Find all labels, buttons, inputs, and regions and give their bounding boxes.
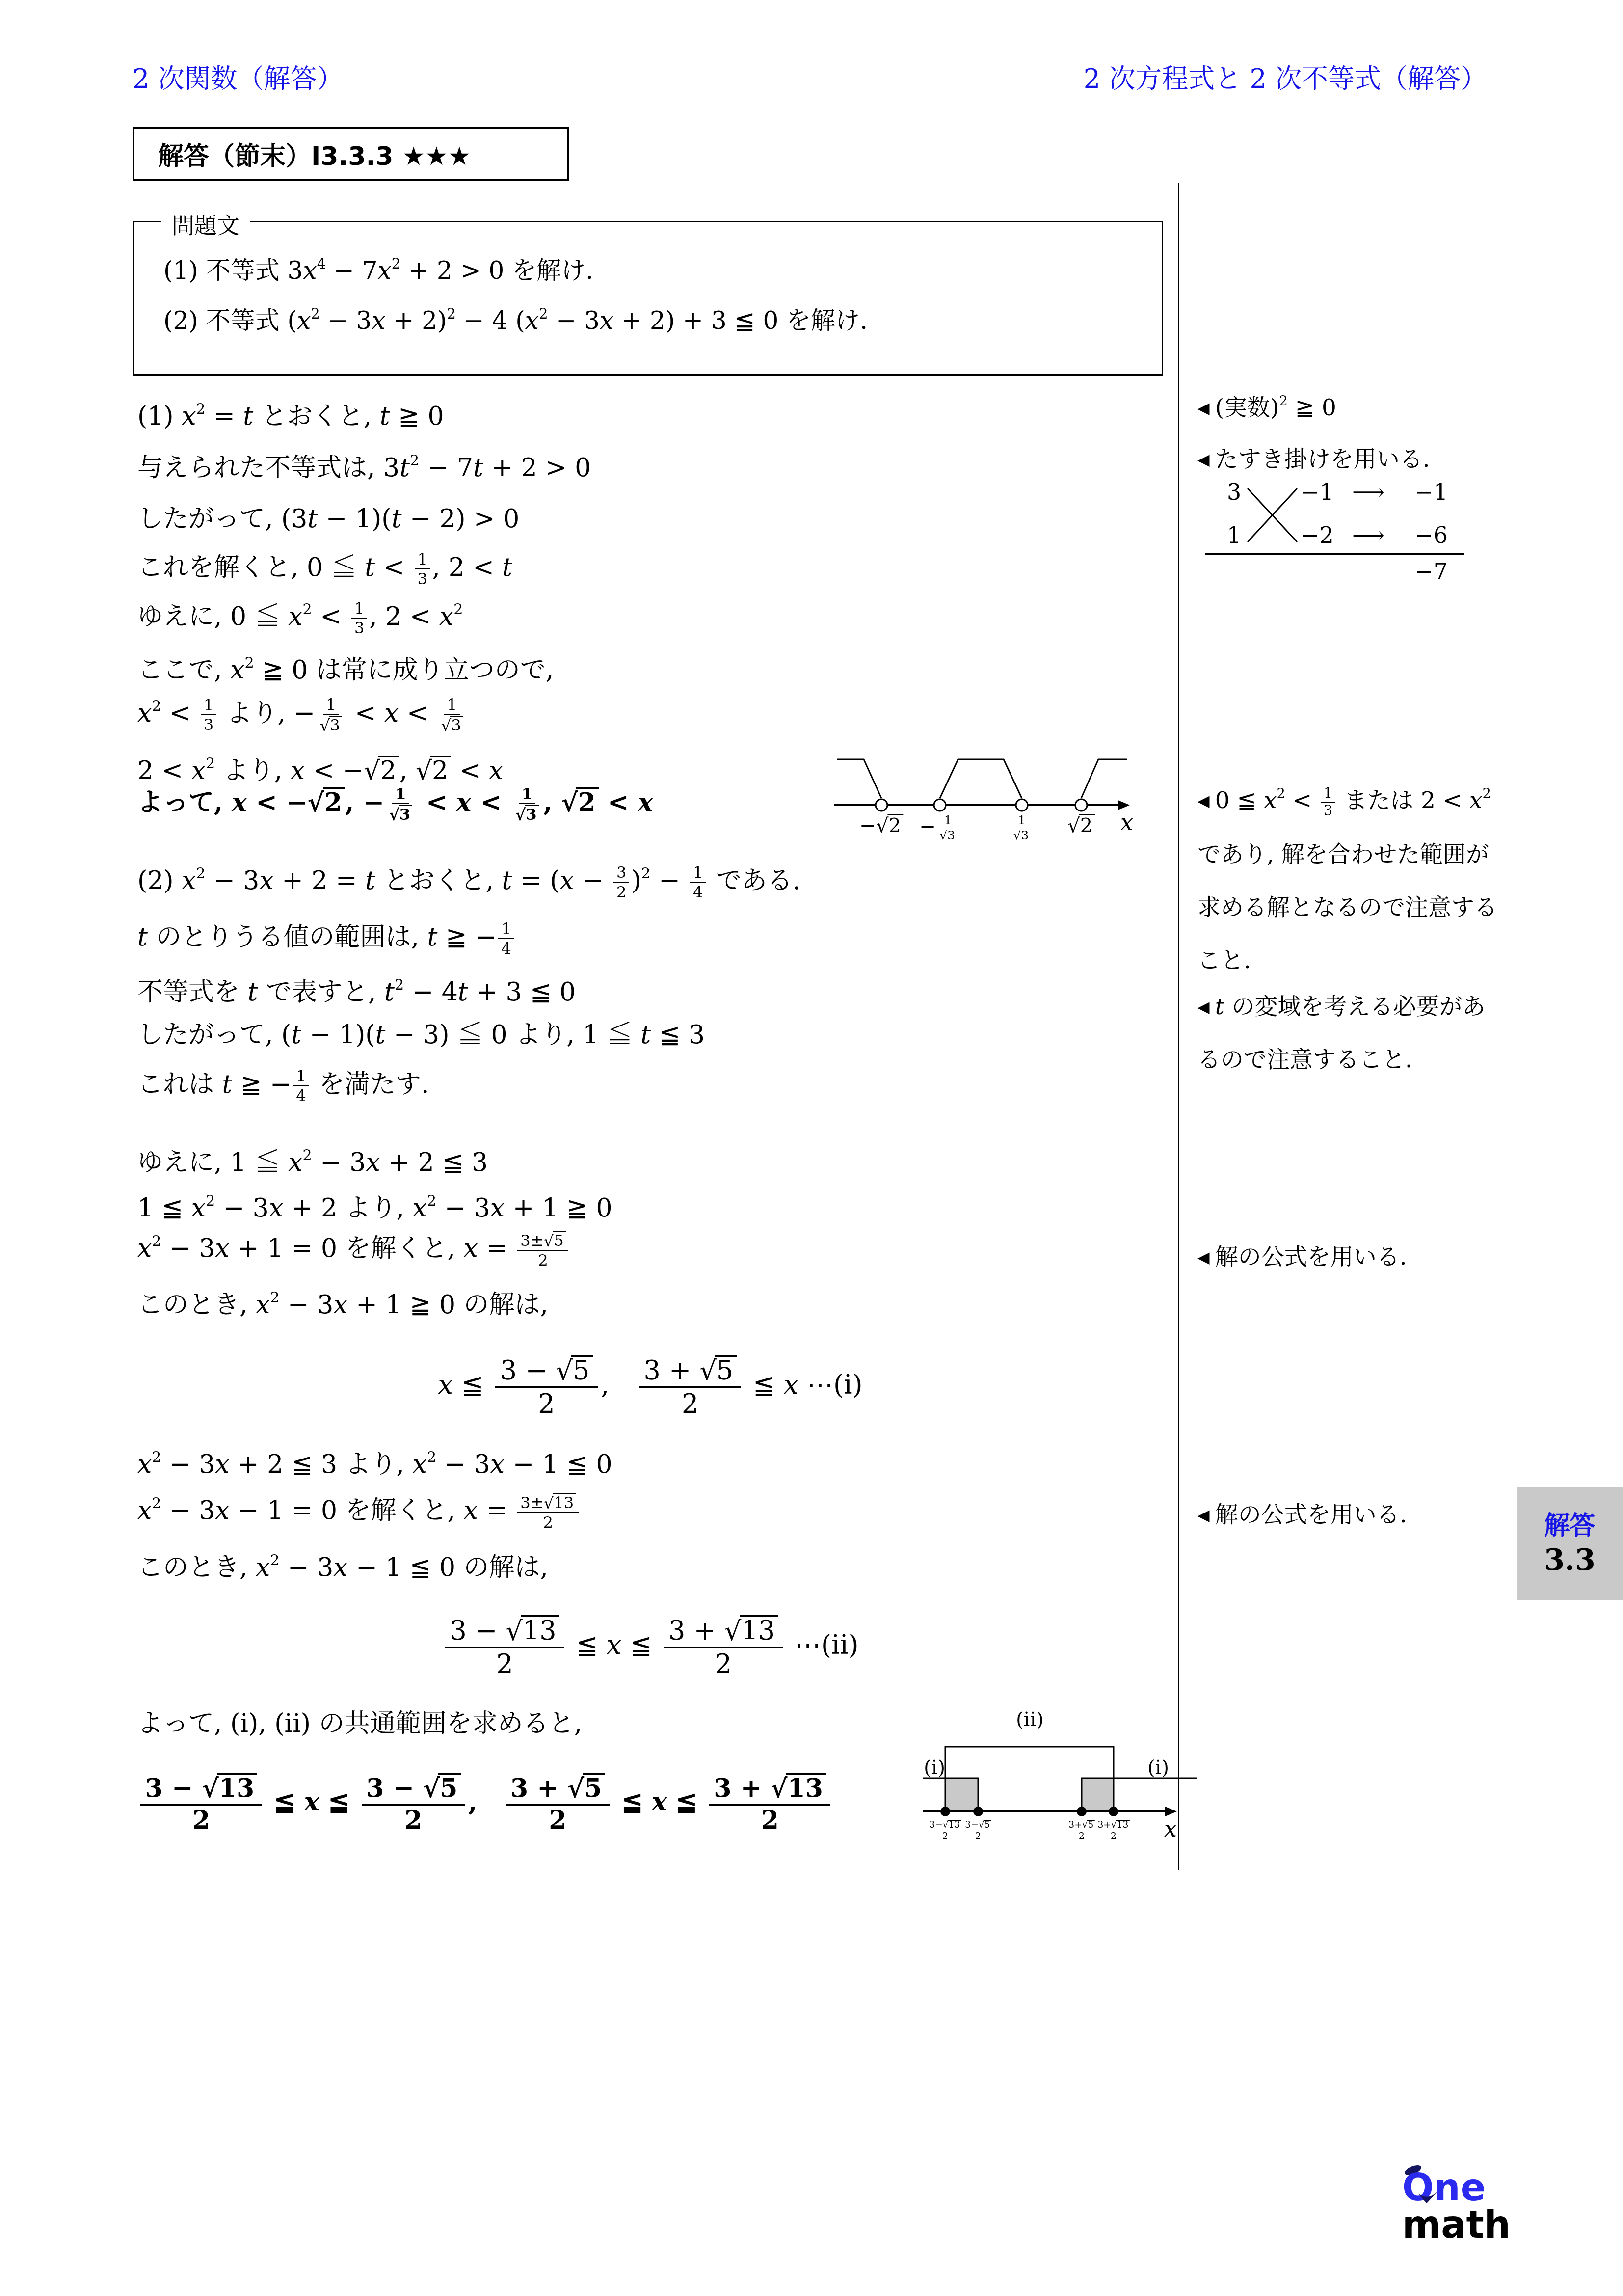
solution-line: これを解くと, 0 ≦ t < 13, 2 < t	[137, 551, 512, 588]
axis-tick-label: 1√3	[1010, 814, 1034, 842]
section-tab: 解答 3.3	[1517, 1487, 1623, 1600]
axis-label-x: x	[1120, 809, 1133, 836]
margin-note-continuation: であり, 解を合わせた範囲が	[1197, 839, 1489, 869]
cross-coeff: 3	[1227, 479, 1241, 505]
header-right: 2 次方程式と 2 次不等式（解答）	[1084, 58, 1487, 96]
onemath-logo: One math	[1401, 2164, 1509, 2245]
cross-coeff: −1	[1301, 479, 1334, 505]
axis-tick-label: −√2	[859, 814, 903, 837]
tab-label: 解答	[1544, 1513, 1595, 1539]
left-triangle-icon: ◀	[1197, 1506, 1210, 1524]
tab-number: 3.3	[1544, 1545, 1595, 1575]
axis-tick-label: 3+√52	[1066, 1820, 1097, 1841]
problem-item-1: (1) 不等式 3x4 − 7x2 + 2 > 0 を解け.	[163, 251, 593, 286]
margin-note-continuation: 求める解となるので注意する	[1197, 892, 1497, 922]
solution-line: ゆえに, 1 ≦ x2 − 3x + 2 ≦ 3	[137, 1146, 488, 1180]
solution-line: このとき, x2 − 3x + 1 ≧ 0 の解は,	[137, 1289, 548, 1322]
solution-line: x2 − 3x + 1 = 0 を解くと, x = 3±√52	[137, 1231, 570, 1269]
document-page: 2 次関数（解答） 2 次方程式と 2 次不等式（解答） 解答（節末）I3.3.…	[0, 0, 1623, 2296]
left-triangle-icon: ◀	[1197, 998, 1210, 1016]
axis-tick-label: √2	[1067, 814, 1095, 837]
display-equation-ii: 3 − √132 ≦ x ≦ 3 + √132 ⋯(ii)	[137, 1615, 1163, 1678]
solution-line: このとき, x2 − 3x − 1 ≦ 0 の解は,	[137, 1551, 548, 1585]
number-line-shapes	[834, 745, 1139, 819]
margin-note: ◀t の変域を考える必要があ	[1197, 992, 1486, 1022]
margin-note-text: 解の公式を用いる.	[1215, 1501, 1407, 1528]
solution-final-answer: 3 − √132 ≦ x ≦ 3 − √52, 3 + √52 ≦ x ≦ 3 …	[137, 1773, 834, 1835]
cross-sum: −7	[1389, 558, 1448, 585]
left-triangle-icon: ◀	[1197, 450, 1210, 469]
solution-line: 2 < x2 より, x < −√2, √2 < x	[137, 755, 503, 788]
solution-answer-part1: よって, x < −√2, −1√3 < x < 1√3, √2 < x	[137, 785, 653, 823]
problem-item-2: (2) 不等式 (x2 − 3x + 2)2 − 4 (x2 − 3x + 2)…	[163, 301, 868, 336]
column-divider	[1178, 183, 1179, 1870]
margin-note: ◀解の公式を用いる.	[1197, 1500, 1407, 1530]
range-label-i-right: (i)	[1147, 1756, 1169, 1779]
header-left: 2 次関数（解答）	[133, 58, 344, 96]
margin-note: ◀解の公式を用いる.	[1197, 1242, 1407, 1272]
cross-lines	[1247, 485, 1298, 546]
solution-line: 1 ≦ x2 − 3x + 2 より, x2 − 3x + 1 ≧ 0	[137, 1192, 612, 1225]
display-equation-i: x ≦ 3 − √52, 3 + √52 ≦ x ⋯(i)	[137, 1355, 1163, 1418]
cross-product: −6	[1389, 522, 1448, 548]
margin-note: ◀0 ≦ x2 < 13 または 2 < x2	[1197, 785, 1491, 819]
number-line-diagram-part2: (ii) (i) (i) 3−√132 3−√52 3+√52 3+√132 x	[923, 1708, 1197, 1870]
axis-label-x: x	[1164, 1815, 1177, 1842]
margin-note-text: たすき掛けを用いる.	[1215, 446, 1430, 473]
solution-line: t のとりうる値の範囲は, t ≧ −14	[137, 920, 516, 957]
solution-line: したがって, (3t − 1)(t − 2) > 0	[137, 503, 519, 536]
margin-note-continuation: るので注意すること.	[1197, 1045, 1412, 1075]
cross-multiplication-diagram: 3 1 −1 −2 ⟶ ⟶ −1 −6 −7	[1205, 479, 1465, 594]
logo-math-text: math	[1402, 2203, 1509, 2245]
margin-note-continuation: こと.	[1197, 945, 1251, 975]
margin-note-text: (実数)2 ≧ 0	[1215, 394, 1336, 421]
margin-note: ◀(実数)2 ≧ 0	[1197, 393, 1336, 423]
solution-line: x2 − 3x − 1 = 0 を解くと, x = 3±√132	[137, 1493, 581, 1531]
margin-note-text: 解の公式を用いる.	[1215, 1243, 1407, 1270]
logo-graphic: One math	[1401, 2164, 1509, 2245]
solution-line: (2) x2 − 3x + 2 = t とおくと, t = (x − 32)2 …	[137, 864, 800, 901]
margin-note-text: 0 ≦ x2 < 13 または 2 < x2	[1215, 787, 1491, 814]
number-line-diagram-part1: −√2 −1√3 1√3 √2 x	[834, 745, 1139, 863]
solution-line: ゆえに, 0 ≦ x2 < 13, 2 < x2	[137, 600, 463, 637]
range-label-i-left: (i)	[924, 1756, 945, 1779]
solution-line: x2 < 13 より, −1√3 < x < 1√3	[137, 696, 468, 733]
margin-note: ◀たすき掛けを用いる.	[1197, 444, 1430, 474]
arrow-icon: ⟶	[1352, 479, 1384, 505]
axis-tick-label: 3−√132	[927, 1820, 964, 1841]
sum-rule	[1205, 553, 1464, 555]
axis-tick-label: 3−√52	[962, 1820, 994, 1841]
solution-line: これは t ≧ −14 を満たす.	[137, 1068, 429, 1105]
title-label: 解答（節末）I3.3.3 ★★★	[158, 135, 471, 172]
solution-line: x2 − 3x + 2 ≦ 3 より, x2 − 3x − 1 ≦ 0	[137, 1448, 612, 1482]
solution-line: よって, (i), (ii) の共通範囲を求めると,	[137, 1707, 582, 1741]
cross-product: −1	[1389, 479, 1448, 505]
cross-coeff: −2	[1301, 522, 1334, 548]
axis-tick-label: −1√3	[920, 814, 960, 842]
range-label-ii: (ii)	[1016, 1708, 1044, 1731]
solution-line: ここで, x2 ≧ 0 は常に成り立つので,	[137, 654, 554, 687]
arrow-icon: ⟶	[1352, 522, 1384, 548]
margin-note-text: t の変域を考える必要があ	[1215, 993, 1486, 1020]
left-triangle-icon: ◀	[1197, 399, 1210, 417]
problem-box-label: 問題文	[161, 208, 250, 240]
solution-line: 与えられた不等式は, 3t2 − 7t + 2 > 0	[137, 452, 591, 485]
axis-tick-label: 3+√132	[1095, 1820, 1132, 1841]
solution-line: 不等式を t で表すと, t2 − 4t + 3 ≦ 0	[137, 976, 576, 1009]
solution-line: したがって, (t − 1)(t − 3) ≦ 0 より, 1 ≦ t ≦ 3	[137, 1019, 705, 1052]
left-triangle-icon: ◀	[1197, 791, 1210, 810]
title-box: 解答（節末）I3.3.3 ★★★	[133, 127, 569, 181]
solution-line: (1) x2 = t とおくと, t ≧ 0	[137, 400, 444, 433]
left-triangle-icon: ◀	[1197, 1248, 1210, 1267]
problem-box: 問題文 (1) 不等式 3x4 − 7x2 + 2 > 0 を解け. (2) 不…	[133, 221, 1163, 376]
cross-coeff: 1	[1227, 522, 1241, 548]
